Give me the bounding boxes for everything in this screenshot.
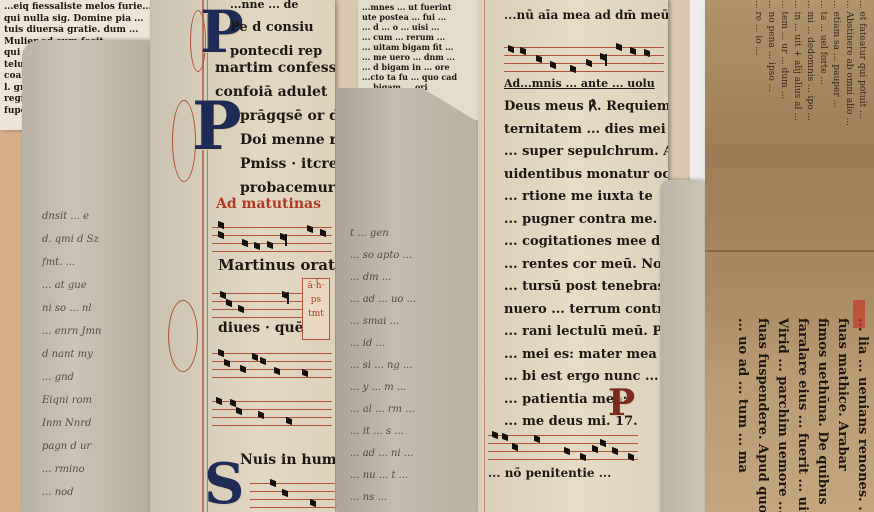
neume-note xyxy=(644,49,650,57)
music-staff xyxy=(212,346,332,380)
fragment-chant-strip: ...nū aīa mea ad dm̄ meū Ad...mnis ... a… xyxy=(478,0,668,512)
neume-note xyxy=(218,221,224,229)
neume-note xyxy=(302,369,308,377)
text-line: ... re ... io ... xyxy=(751,0,764,240)
music-staff xyxy=(504,40,664,74)
red-border-rule xyxy=(207,0,208,512)
neume-note xyxy=(580,453,586,461)
text-line: ... rani lectulū meū. P xyxy=(504,321,668,344)
text-line: Pe d consiu xyxy=(230,16,335,40)
rubric-ad-matutinas: Ad matutinas xyxy=(216,196,335,212)
text-line: d nant my xyxy=(42,343,152,366)
text-line: ... at gue xyxy=(42,274,152,297)
neume-note xyxy=(508,45,514,53)
neume-note xyxy=(216,397,222,405)
text-line: ...nū aīa mea ad dm̄ meū xyxy=(504,6,668,24)
text-line: ... mei es: mater mea et s xyxy=(504,344,668,367)
neume-stem xyxy=(605,54,607,66)
text-line: ... tem ... ur ... dum ... xyxy=(777,0,790,240)
music-staff xyxy=(212,394,332,428)
neume-note xyxy=(310,499,316,507)
text-line: ... patientia mea: xyxy=(504,389,668,412)
neume-note xyxy=(242,239,248,247)
neume-note xyxy=(236,407,242,415)
text-line: pagn d ur xyxy=(42,435,152,458)
neume-note xyxy=(592,445,598,453)
fragment-narrow-grey-strip xyxy=(660,180,708,512)
text-line: ... so apto ... xyxy=(350,245,478,267)
text-line: confoiā adulet xyxy=(215,80,335,104)
neume-note xyxy=(534,435,540,443)
neume-note xyxy=(274,367,280,375)
decorated-initial-p: P xyxy=(608,382,635,424)
neume-note xyxy=(254,242,260,250)
neume-note xyxy=(307,225,313,233)
text-line: ...eiq fiessaliste melos furie... xyxy=(4,2,165,14)
red-ruling-left xyxy=(484,0,485,512)
rubric-side-note: ā·ĥ· ps tmt xyxy=(302,278,330,340)
fragment-right-brown-strip: ... et fateatur qui potuit ... ... Absti… xyxy=(705,0,874,512)
neume-note xyxy=(260,357,266,365)
text-line: ... tursū post tenebras spe xyxy=(504,276,668,299)
neume-note xyxy=(286,417,292,425)
text-line: nuero ... terrum contra mea xyxy=(504,299,668,322)
text-line: ... ta ... uel forte ... xyxy=(816,0,829,240)
music-staff xyxy=(250,476,335,510)
text-line: Deus meus ℟. Requiem etni xyxy=(504,96,668,119)
neume-note xyxy=(612,447,618,455)
text-line: ternitatem ... dies mei b xyxy=(504,119,668,142)
text-line: ... y ... m ... xyxy=(350,377,478,399)
neume-note xyxy=(536,55,542,63)
text-line: ... si ... ng ... xyxy=(350,355,478,377)
neume-note xyxy=(270,479,276,487)
text-line: ni so ... nl xyxy=(42,297,152,320)
neume-note xyxy=(564,447,570,455)
text-line: Doi menne rauc xyxy=(240,128,335,152)
text-line: ... ad ... uo ... xyxy=(350,289,478,311)
text-line: uidentibus monatur ocīs xyxy=(504,164,668,187)
text-line: ... d ... o ... uisi ... xyxy=(362,22,480,32)
text-line: ... rmino xyxy=(42,458,152,481)
text-line: fuas mathice. Arabar xyxy=(832,318,852,512)
rubric-note-line: tmt xyxy=(303,307,329,321)
neume-note xyxy=(570,65,576,73)
text-line: faralare eius ... fuerit ... uita xyxy=(792,318,812,512)
text-line: ... it ... s ... xyxy=(350,421,478,443)
illuminated-initial-s: S xyxy=(204,456,244,512)
music-staff xyxy=(212,286,312,320)
neume-note xyxy=(630,47,636,55)
text-line: ... rtione me iuxta te xyxy=(504,186,668,209)
text-line: ...mnes ... ut fuerint xyxy=(362,2,480,12)
red-border-rule xyxy=(202,0,204,512)
neume-note xyxy=(218,231,224,239)
text-line: tuis diuersa gratie. dum ... xyxy=(4,25,165,37)
music-staff xyxy=(212,220,332,254)
text-line: ... etiam sa ... pauper ... xyxy=(829,0,842,240)
neume-note xyxy=(238,305,244,313)
neume-note xyxy=(252,353,258,361)
text-line: ... super sepulchrum. Ad fra xyxy=(504,141,668,164)
rubric-note-line: ps xyxy=(303,293,329,307)
text-line: Inm Nnrd xyxy=(42,412,152,435)
neume-stem xyxy=(285,234,287,246)
neume-note xyxy=(628,453,634,461)
text-line: dnsit ... e xyxy=(42,205,152,228)
rubric-note-line: ā·ĥ· xyxy=(303,279,329,293)
fragment-left-grey-strip: dnsit ... e d. qmi d Sz fmt. ... ... at … xyxy=(22,40,152,512)
text-line: ... enrn Jmn xyxy=(42,320,152,343)
text-line: qui nulla sig. Domine pia ... xyxy=(4,14,165,26)
text-line: ... bi est ergo nunc ... P xyxy=(504,366,668,389)
text-line: ... nu ... t ... xyxy=(350,465,478,487)
text-line: ... ns ... xyxy=(350,487,478,509)
red-flourish-decoration xyxy=(168,300,198,372)
text-line: ... rentes cor meū. Nocte xyxy=(504,254,668,277)
neume-note xyxy=(616,43,622,51)
text-line: martim confesse xyxy=(215,56,335,80)
text-line: ... pugner contra me. Dn xyxy=(504,209,668,232)
fold-crease xyxy=(705,250,874,252)
text-line: Eiqni rom xyxy=(42,389,152,412)
neume-note xyxy=(550,61,556,69)
text-line: ... smai ... xyxy=(350,311,478,333)
text-line: ... ad ... ni ... xyxy=(350,443,478,465)
text-line: ... nō penitentie ... xyxy=(488,466,668,480)
text-line: Virid ... parchim uemore ... ua xyxy=(772,318,792,512)
text-line: Martinus oratio xyxy=(218,256,335,274)
text-line: ute postea ... fui ... xyxy=(362,12,480,22)
red-ink-mark xyxy=(853,300,865,328)
text-line: ... uo ad ... tum ... ma xyxy=(732,318,752,512)
neume-note xyxy=(512,443,518,451)
neume-note xyxy=(224,359,230,367)
text-line: Nuis in humer bc xyxy=(240,452,335,468)
text-line: prāgqsē or dī xyxy=(240,104,335,128)
text-line: ... no pena ... ipso ... xyxy=(764,0,777,240)
text-line: ... dm ... xyxy=(350,267,478,289)
neume-note xyxy=(600,439,606,447)
text-line: Ad...mnis ... ante ... uolu xyxy=(504,76,668,92)
text-line: fimos uethūna. De quibus xyxy=(812,318,832,512)
neume-note xyxy=(258,411,264,419)
neume-stem xyxy=(287,292,289,304)
text-line: ... uitam bigam fit ... xyxy=(362,42,480,52)
text-line: ... nod xyxy=(42,481,152,504)
text-line: t ... gen xyxy=(350,223,478,245)
vertical-text-upper: ... et fateatur qui potuit ... ... Absti… xyxy=(751,0,868,240)
text-line: fmt. ... xyxy=(42,251,152,274)
text-line: ... Abstinere ab omni alio ... xyxy=(842,0,855,240)
neume-note xyxy=(240,365,246,373)
neume-note xyxy=(492,431,498,439)
text-line: fuas fuspendere. Apud quo xyxy=(752,318,772,512)
vertical-text-lower: ... lia ... uenians renones. ... fuas ma… xyxy=(732,318,872,512)
text-line: ...cto ta fu ... quo cad xyxy=(362,72,480,82)
text-line: ... mi ... dedomnis ... ipo ... xyxy=(803,0,816,240)
fragment-middle-grey-strip: t ... gen ... so apto ... ... dm ... ...… xyxy=(338,88,478,512)
text-line: Pmiss · itcretsio xyxy=(240,152,335,176)
music-staff xyxy=(488,428,638,462)
fragment-illuminated-strip: P P S ...nne ... de Pe d consiu pontecdi… xyxy=(150,0,335,512)
text-line: ... al ... rm ... xyxy=(350,399,478,421)
text-line: ...nne ... de xyxy=(230,0,335,16)
neume-note xyxy=(502,433,508,441)
text-line: d. qmi d Sz xyxy=(42,228,152,251)
neume-note xyxy=(226,299,232,307)
neume-note xyxy=(520,47,526,55)
neume-note xyxy=(267,241,273,249)
text-line: ... gnd xyxy=(42,366,152,389)
neume-note xyxy=(218,349,224,357)
text-line: ... in ... uit + alij alius al ... xyxy=(790,0,803,240)
text-line: ... cogitationes mee di xyxy=(504,231,668,254)
text-line: ... d bigam in ... ore xyxy=(362,62,480,72)
neume-note xyxy=(282,489,288,497)
neume-note xyxy=(586,59,592,67)
text-line: ... et fateatur qui potuit ... xyxy=(855,0,868,240)
text-line: ... id ... xyxy=(350,333,478,355)
text-line: ... cum ... rerum ... xyxy=(362,32,480,42)
neume-note xyxy=(320,229,326,237)
text-line: ... me uero ... dnm ... xyxy=(362,52,480,62)
text-line: ... lia ... uenians renones. ... xyxy=(852,318,872,512)
